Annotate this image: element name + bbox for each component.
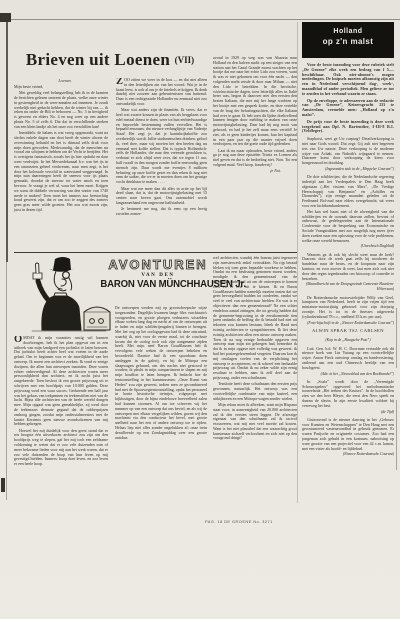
dropcap-z: Z bbox=[116, 78, 124, 87]
clipping-text: In „Scala” wordt door de „Vereenigde Sch… bbox=[302, 380, 394, 409]
left-edge-line-lower bbox=[6, 262, 7, 500]
page-title-number: (VII) bbox=[175, 55, 195, 65]
avonturen-paragraph: De ontwerpen werden mij op grootscheepsc… bbox=[115, 306, 207, 440]
clipping-text: Het kan wel haast niet of de afwezigheid… bbox=[302, 210, 394, 244]
dropcap-o: O bbox=[14, 336, 23, 345]
clipping-text: De drie schilderijen, die de Nederlandsc… bbox=[302, 175, 394, 209]
letter-signature: je Not. bbox=[213, 169, 297, 174]
clipping-attribution: (de Tijd) bbox=[302, 410, 394, 415]
newspaper-page: Brieven uit Loenen (VII) Loenen. Mijn be… bbox=[0, 0, 400, 619]
left-edge-speck bbox=[1, 478, 5, 492]
avonturen-paragraph: Mijn relaas moet ik afbreken, want mijn … bbox=[213, 403, 297, 441]
clipping-attribution: (Utrechtsch Dagblad) bbox=[302, 244, 394, 249]
top-rule bbox=[0, 19, 400, 20]
rubric-intro-paragraph: Voor de beste inzending voor deze rubrie… bbox=[302, 63, 394, 97]
avonturen-paragraph: Tenslotte heeft deze schuilnaam den eers… bbox=[213, 382, 297, 401]
corner-mark bbox=[0, 13, 11, 22]
rubric-title-line1: Holland bbox=[302, 28, 394, 35]
clipping-headline: ALWIN SPRAK TSJ. CARLSEN bbox=[302, 329, 394, 334]
clipping-text: Staphorst, weet ge Uw roeping? Detailver… bbox=[302, 137, 394, 166]
rubric-intro-paragraph: Op de enveloppe, te adresseeren aan de r… bbox=[302, 99, 394, 118]
avonturen-column-3: wel architecten, waarbij één bureau juis… bbox=[213, 256, 297, 516]
rubric-separator bbox=[297, 22, 298, 503]
page-title-text: Brieven uit Loenen bbox=[26, 50, 170, 69]
rubric-title-box: Holland op z'n malst bbox=[302, 22, 394, 58]
letter-column-2: ZOO zitten we weer in de kou — en dat ni… bbox=[116, 78, 207, 250]
avonturen-heading: AVONTUREN VAN DEN BARON VAN MÜNCHHAUSEN … bbox=[98, 257, 218, 290]
dateline: Loenen. bbox=[30, 78, 100, 83]
right-edge-dashes-2 bbox=[396, 400, 397, 470]
letter-paragraph: Met geweldig veel belangstelling heb ik … bbox=[14, 91, 108, 129]
avonturen-column-2: De ontwerpen werden mij op grootscheepsc… bbox=[115, 306, 207, 516]
clipping-text: Waarom ga ik ook bij slecht weer naar de… bbox=[302, 253, 394, 282]
clipping-attribution: (Maandbericht van de Doopsgezinde Gemeen… bbox=[302, 282, 394, 292]
letter-column-3: avond in 1929 op weg was van Abazzia naa… bbox=[213, 56, 297, 250]
avonturen-heading-line3: BARON VAN MÜNCHHAUSEN Jr. bbox=[100, 279, 215, 290]
letter-column-1: Mijn beste vriend, Met geweldig veel bel… bbox=[14, 85, 108, 250]
rubric-prize-line: De prijs voor de beste inzending is deze… bbox=[302, 120, 394, 134]
letter-paragraph: Inmiddels: de balans is wat vroeg opgema… bbox=[14, 131, 108, 213]
clipping-attribution: (Foto-bijschrift in de „Nieuwe Rotterdam… bbox=[302, 321, 394, 326]
page-title: Brieven uit Loenen (VII) bbox=[14, 50, 206, 70]
avonturen-heading-line1: AVONTUREN bbox=[98, 257, 218, 272]
avonturen-column-1: OMDAT ik mijn vacanties rustig wil kunne… bbox=[14, 336, 108, 516]
clipping-text: De Rotterdamsche motorwielrijder Willy v… bbox=[302, 296, 394, 320]
clipping-text: Luit. Gen. b.d. W. H. C. Doorman vertaal… bbox=[302, 347, 394, 371]
letter-lead-paragraph: ZOO zitten we weer in de kou — en dat ni… bbox=[116, 78, 207, 107]
letter-paragraph: Je herinnert me nog, dat ik eens op een … bbox=[116, 207, 207, 217]
clipping-text: Gisteravond is de nieuwe dancing in het … bbox=[302, 418, 394, 452]
clipping-headline-attribution: (Kop in de „Haagsche Post”) bbox=[302, 338, 394, 343]
avonturen-heading-line2: VAN DEN bbox=[98, 273, 218, 278]
letter-continuation: avond in 1929 op weg was van Abazzia naa… bbox=[213, 56, 297, 147]
clipping-attribution: (Adv. in het „Nieuwsblad van den Boekhan… bbox=[302, 372, 394, 377]
avonturen-paragraph: Hoewel het mij duidelijk voor den geest … bbox=[14, 429, 108, 467]
letter-paragraph: Laat ik nu maar ophouden, beste vriend, … bbox=[213, 149, 297, 168]
clipping-attribution: (Ingezonden stuk in de „Meppeler Courant… bbox=[302, 167, 394, 172]
left-edge-line bbox=[6, 22, 8, 262]
right-edge-dashes bbox=[396, 308, 397, 368]
salutation: Mijn beste vriend, bbox=[14, 85, 108, 90]
clipping-attribution: (Nieuwe Rotterdamsche Courant) bbox=[302, 452, 394, 457]
letter-lead-text: OO zitten we weer in de kou — en dat nie… bbox=[116, 78, 207, 106]
avonturen-lead-text: MDAT ik mijn vacanties rustig wil kunnen… bbox=[14, 336, 108, 426]
letter-paragraph: Maar wat anders zijn de finantiën. Ik vr… bbox=[116, 108, 207, 185]
letter-paragraph: Maar wat me meer dan dit alles in actie … bbox=[116, 187, 207, 206]
section-divider-rule bbox=[14, 252, 297, 253]
page-footer: PAG. 18 DE GROENE No. 3271 bbox=[205, 519, 273, 524]
rubric-intro: Voor de beste inzending voor deze rubrie… bbox=[302, 63, 394, 118]
rubric-title-line2: op z'n malst bbox=[302, 37, 394, 46]
avonturen-continuation: wel architecten, waarbij één bureau juis… bbox=[213, 256, 297, 381]
rubric-column: Voor de beste inzending voor deze rubrie… bbox=[302, 63, 394, 504]
avonturen-lead-paragraph: OMDAT ik mijn vacanties rustig wil kunne… bbox=[14, 336, 108, 427]
